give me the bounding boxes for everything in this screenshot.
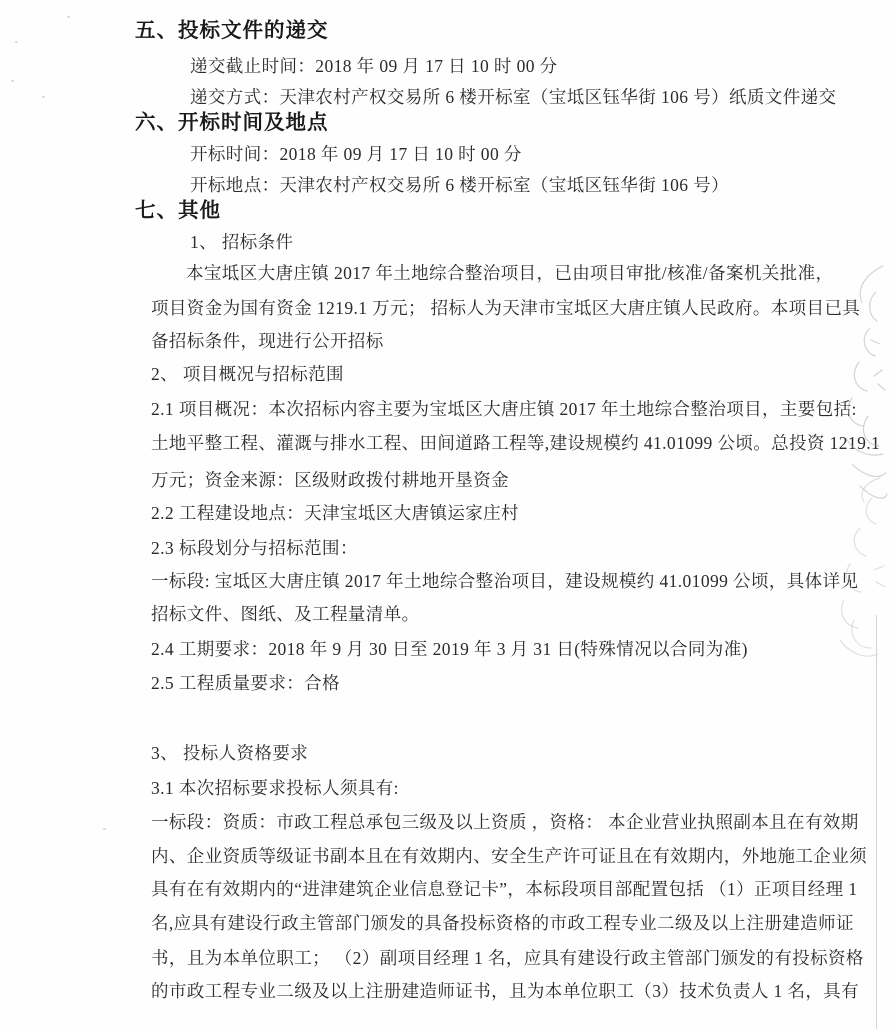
scan-speck: [15, 41, 18, 43]
project-overview-line-2: 土地平整工程、灌溉与排水工程、田间道路工程等,建设规模约 41.01099 公顷…: [151, 433, 841, 454]
qualification-line-4: 具有在有效期内的“进津建筑企业信息登记卡”，本标段项目部配置包括 （1）正项目经…: [151, 879, 841, 900]
construction-site-line: 2.2 工程建设地点：天津宝坻区大唐镇运家庄村: [151, 503, 841, 524]
project-overview-line-3: 万元；资金来源：区级财政拨付耕地开垦资金: [151, 470, 841, 491]
document-page: 五、投标文件的递交 递交截止时间：2018 年 09 月 17 日 10 时 0…: [0, 0, 890, 1029]
lot-division-line-2: 一标段: 宝坻区大唐庄镇 2017 年土地综合整治项目，建设规模约 41.010…: [151, 571, 841, 592]
qualification-line-7: 的市政工程专业二级及以上注册建造师证书，且为本单位职工（3）技术负责人 1 名，…: [151, 981, 841, 1002]
tender-conditions-line-3: 备招标条件，现进行公开招标: [151, 331, 841, 352]
lot-division-line-3: 招标文件、图纸、及工程量清单。: [151, 604, 841, 625]
qualification-line-3: 内、企业资质等级证书副本且在有效期内、安全生产许可证且在有效期内，外地施工企业须: [151, 846, 841, 867]
section7-heading: 七、其他: [135, 200, 825, 221]
schedule-requirement-line: 2.4 工期要求：2018 年 9 月 30 日至 2019 年 3 月 31 …: [151, 639, 841, 660]
scan-speck: [11, 80, 14, 82]
quality-requirement-line: 2.5 工程质量要求：合格: [151, 673, 841, 694]
qualification-line-2: 一标段：资质：市政工程总承包三级及以上资质 ，资格： 本企业营业执照副本且在有效…: [151, 812, 841, 833]
section6-heading: 六、开标时间及地点: [135, 112, 825, 133]
item2-title-line: 2、 项目概况与招标范围: [151, 364, 841, 385]
lot-division-line-1: 2.3 标段划分与招标范围：: [151, 538, 841, 559]
qualification-line-5: 名,应具有建设行政主管部门颁发的具备投标资格的市政工程专业二级及以上注册建造师证: [151, 913, 841, 934]
bid-opening-place-line: 开标地点：天津农村产权交易所 6 楼开标室（宝坻区钰华街 106 号）: [190, 175, 880, 196]
item1-title-line: 1、 招标条件: [190, 232, 880, 253]
scan-edge-line: [876, 615, 877, 1029]
bid-opening-time-line: 开标时间：2018 年 09 月 17 日 10 时 00 分: [190, 144, 880, 165]
project-overview-line-1: 2.1 项目概况：本次招标内容主要为宝坻区大唐庄镇 2017 年土地综合整治项目…: [151, 399, 841, 420]
scan-speck: [103, 828, 106, 830]
item3-title-line: 3、 投标人资格要求: [151, 743, 841, 764]
qualification-line-1: 3.1 本次招标要求投标人须具有:: [151, 778, 841, 799]
scan-speck: [42, 96, 45, 98]
section5-heading: 五、投标文件的递交: [135, 20, 825, 41]
tender-conditions-line-2: 项目资金为国有资金 1219.1 万元； 招标人为天津市宝坻区大唐庄镇人民政府。…: [151, 298, 841, 319]
scan-speck: [67, 16, 70, 18]
tender-conditions-line-1: 本宝坻区大唐庄镇 2017 年土地综合整治项目，已由项目审批/核准/备案机关批准…: [186, 263, 876, 284]
submission-method-line: 递交方式：天津农村产权交易所 6 楼开标室（宝坻区钰华街 106 号）纸质文件递…: [190, 87, 880, 108]
submission-deadline-line: 递交截止时间：2018 年 09 月 17 日 10 时 00 分: [190, 56, 880, 77]
qualification-line-6: 书，且为本单位职工； （2）副项目经理 1 名，应具有建设行政主管部门颁发的有投…: [151, 948, 841, 969]
